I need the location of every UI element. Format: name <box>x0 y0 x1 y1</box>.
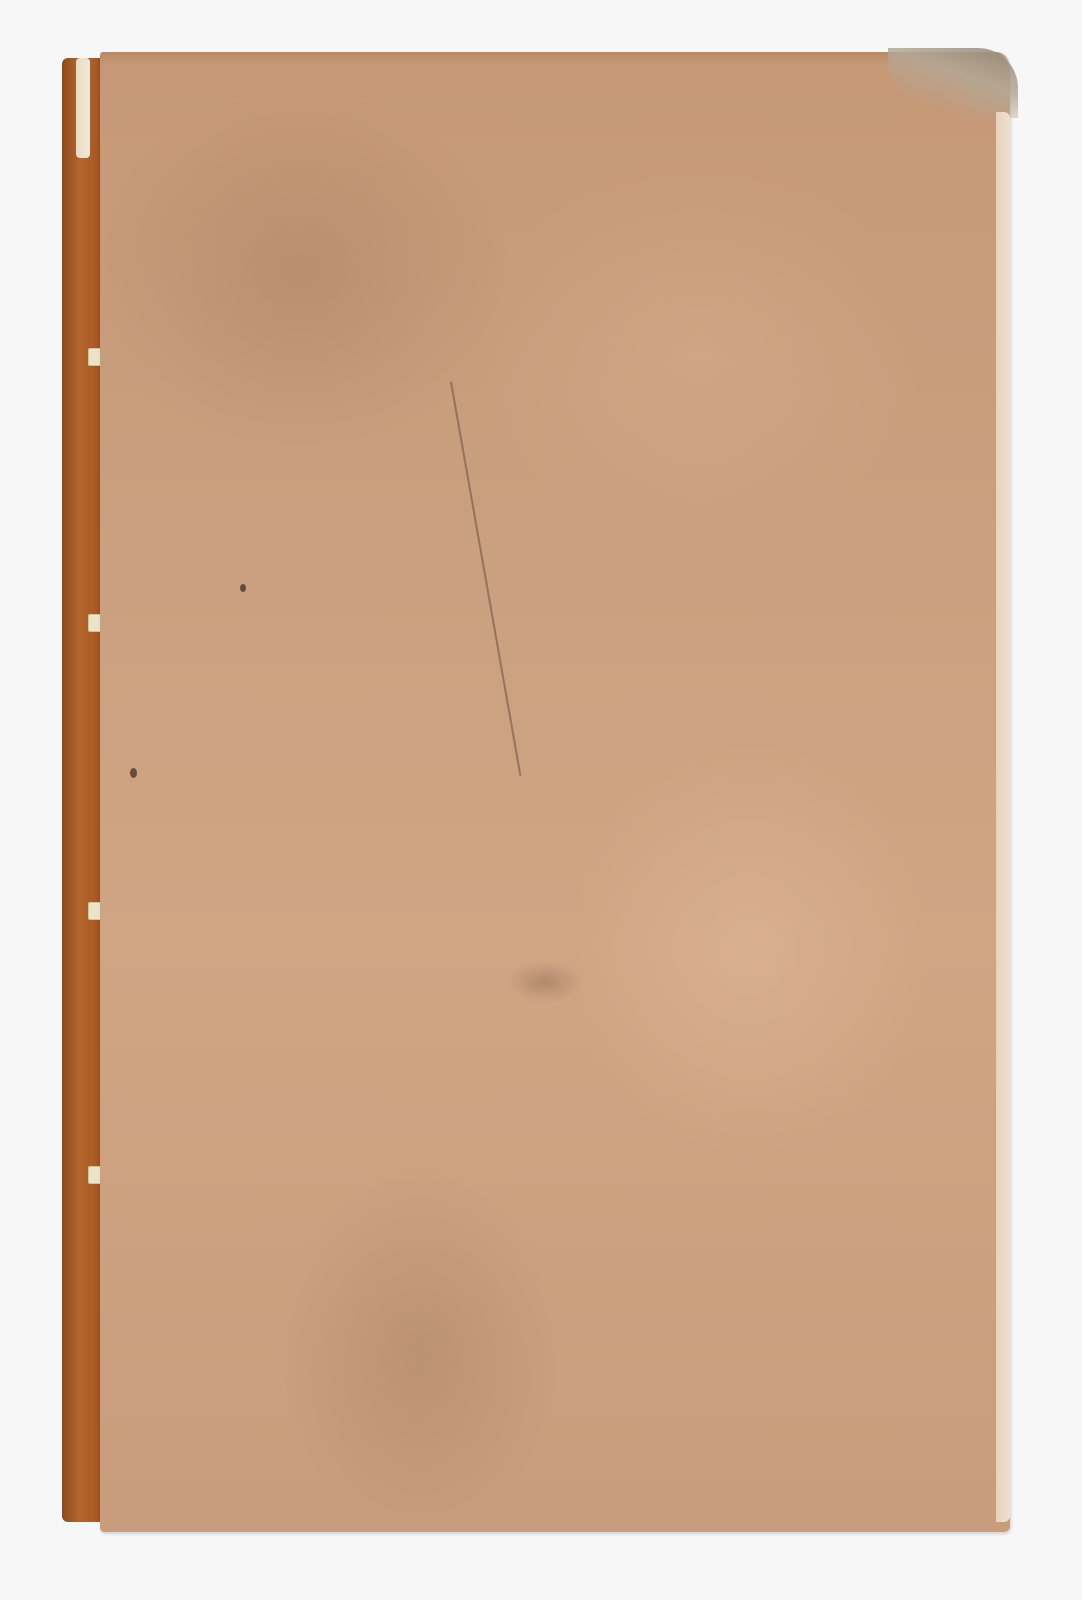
antique-book <box>62 44 1022 1532</box>
cover-top-edge <box>100 52 1010 66</box>
stain-spot <box>130 768 137 778</box>
page-block-edge <box>996 112 1010 1522</box>
exposed-spine-paper <box>76 58 90 158</box>
scratch-mark <box>450 382 521 776</box>
paper-cover-board <box>100 52 1010 1532</box>
stain-spot <box>240 584 246 592</box>
worn-top-right-corner <box>888 48 1018 118</box>
